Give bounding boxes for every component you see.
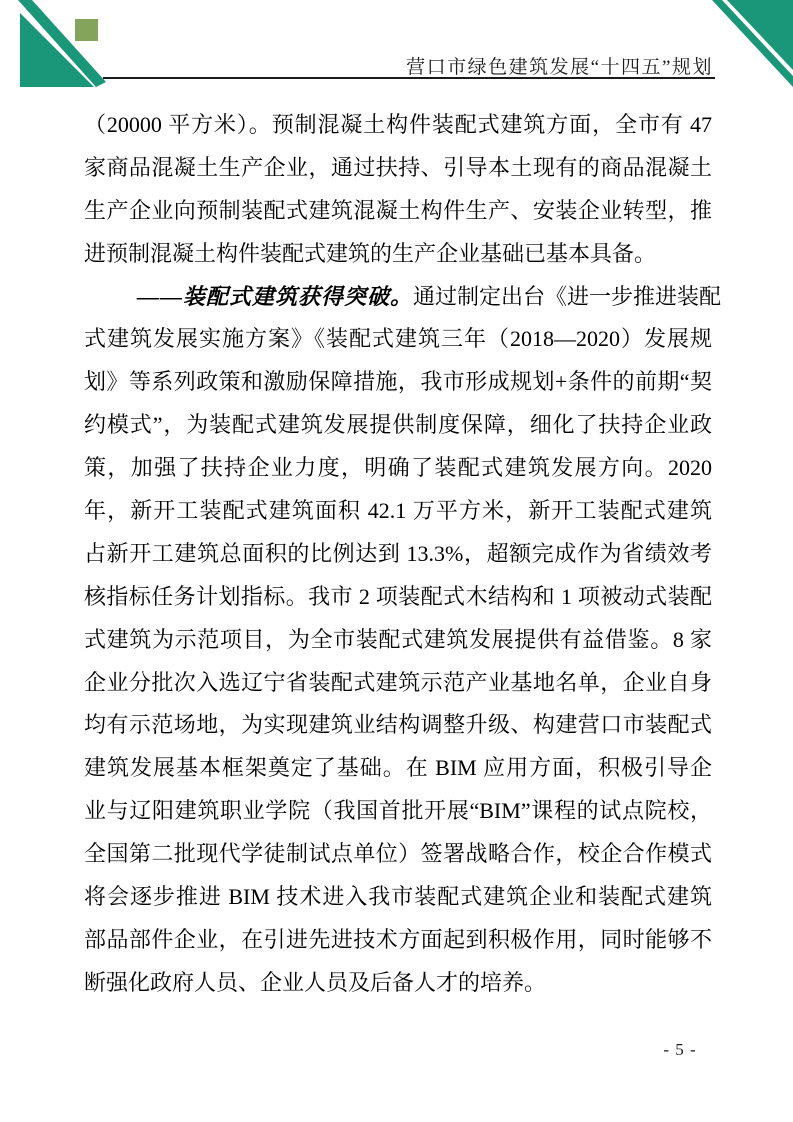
text-line: 核指标任务计划指标。我市 2 项装配式木结构和 1 项被动式装配: [84, 576, 712, 619]
text-line: 策，加强了扶持企业力度，明确了装配式建筑发展方向。2020: [84, 447, 712, 490]
text-line: （20000 平方米）。预制混凝土构件装配式建筑方面，全市有 47: [84, 104, 712, 147]
document-page: 营口市绿色建筑发展“十四五”规划 （20000 平方米）。预制混凝土构件装配式建…: [0, 0, 793, 1122]
text-line: 占新开工建筑总面积的比例达到 13.3%，超额完成作为省绩效考: [84, 533, 712, 576]
text-line: 划》等系列政策和激励保障措施，我市形成规划+条件的前期“契: [84, 361, 712, 404]
text-line: 建筑发展基本框架奠定了基础。在 BIM 应用方面，积极引导企: [84, 747, 712, 790]
header-decoration: [0, 0, 793, 100]
paragraph-lead-rest: 通过制定出台《进一步推进装配: [413, 284, 721, 309]
header-title: 营口市绿色建筑发展“十四五”规划: [406, 52, 713, 79]
text-line: 式建筑为示范项目，为全市装配式建筑发展提供有益借鉴。8 家: [84, 619, 712, 662]
text-line: 进预制混凝土构件装配式建筑的生产企业基础已基本具备。: [84, 233, 712, 276]
text-line: 均有示范场地，为实现建筑业结构调整升级、构建营口市装配式: [84, 704, 712, 747]
paragraph: （20000 平方米）。预制混凝土构件装配式建筑方面，全市有 47家商品混凝土生…: [84, 104, 712, 276]
text-line: 约模式”，为装配式建筑发展提供制度保障，细化了扶持企业政: [84, 404, 712, 447]
corner-triangle-right: [727, 0, 793, 70]
olive-square-accent: [75, 19, 98, 41]
paragraph: ——装配式建筑获得突破。通过制定出台《进一步推进装配式建筑发展实施方案》《装配式…: [84, 276, 712, 1005]
text-line: 家商品混凝土生产企业，通过扶持、引导本土现有的商品混凝土: [84, 147, 712, 190]
text-line: ——装配式建筑获得突破。通过制定出台《进一步推进装配: [84, 276, 712, 319]
text-line: 式建筑发展实施方案》《装配式建筑三年（2018—2020）发展规: [84, 318, 712, 361]
text-line: 企业分批次入选辽宁省装配式建筑示范产业基地名单，企业自身: [84, 662, 712, 705]
text-line: 将会逐步推进 BIM 技术进入我市装配式建筑企业和装配式建筑: [84, 876, 712, 919]
text-line: 部品部件企业，在引进先进技术方面起到积极作用，同时能够不: [84, 919, 712, 962]
body-paragraphs: （20000 平方米）。预制混凝土构件装配式建筑方面，全市有 47家商品混凝土生…: [84, 104, 712, 1005]
text-line: 生产企业向预制装配式建筑混凝土构件生产、安装企业转型，推: [84, 190, 712, 233]
text-line: 年，新开工装配式建筑面积 42.1 万平方米，新开工装配式建筑: [84, 490, 712, 533]
header-rule: [103, 77, 715, 79]
text-line: 断强化政府人员、企业人员及后备人才的培养。: [84, 962, 712, 1005]
text-line: 全国第二批现代学徒制试点单位）签署战略合作，校企合作模式: [84, 833, 712, 876]
text-line: 业与辽阳建筑职业学院（我国首批开展“BIM”课程的试点院校，: [84, 790, 712, 833]
page-number: - 5 -: [648, 1040, 712, 1060]
paragraph-lead: ——装配式建筑获得突破。: [137, 284, 413, 309]
